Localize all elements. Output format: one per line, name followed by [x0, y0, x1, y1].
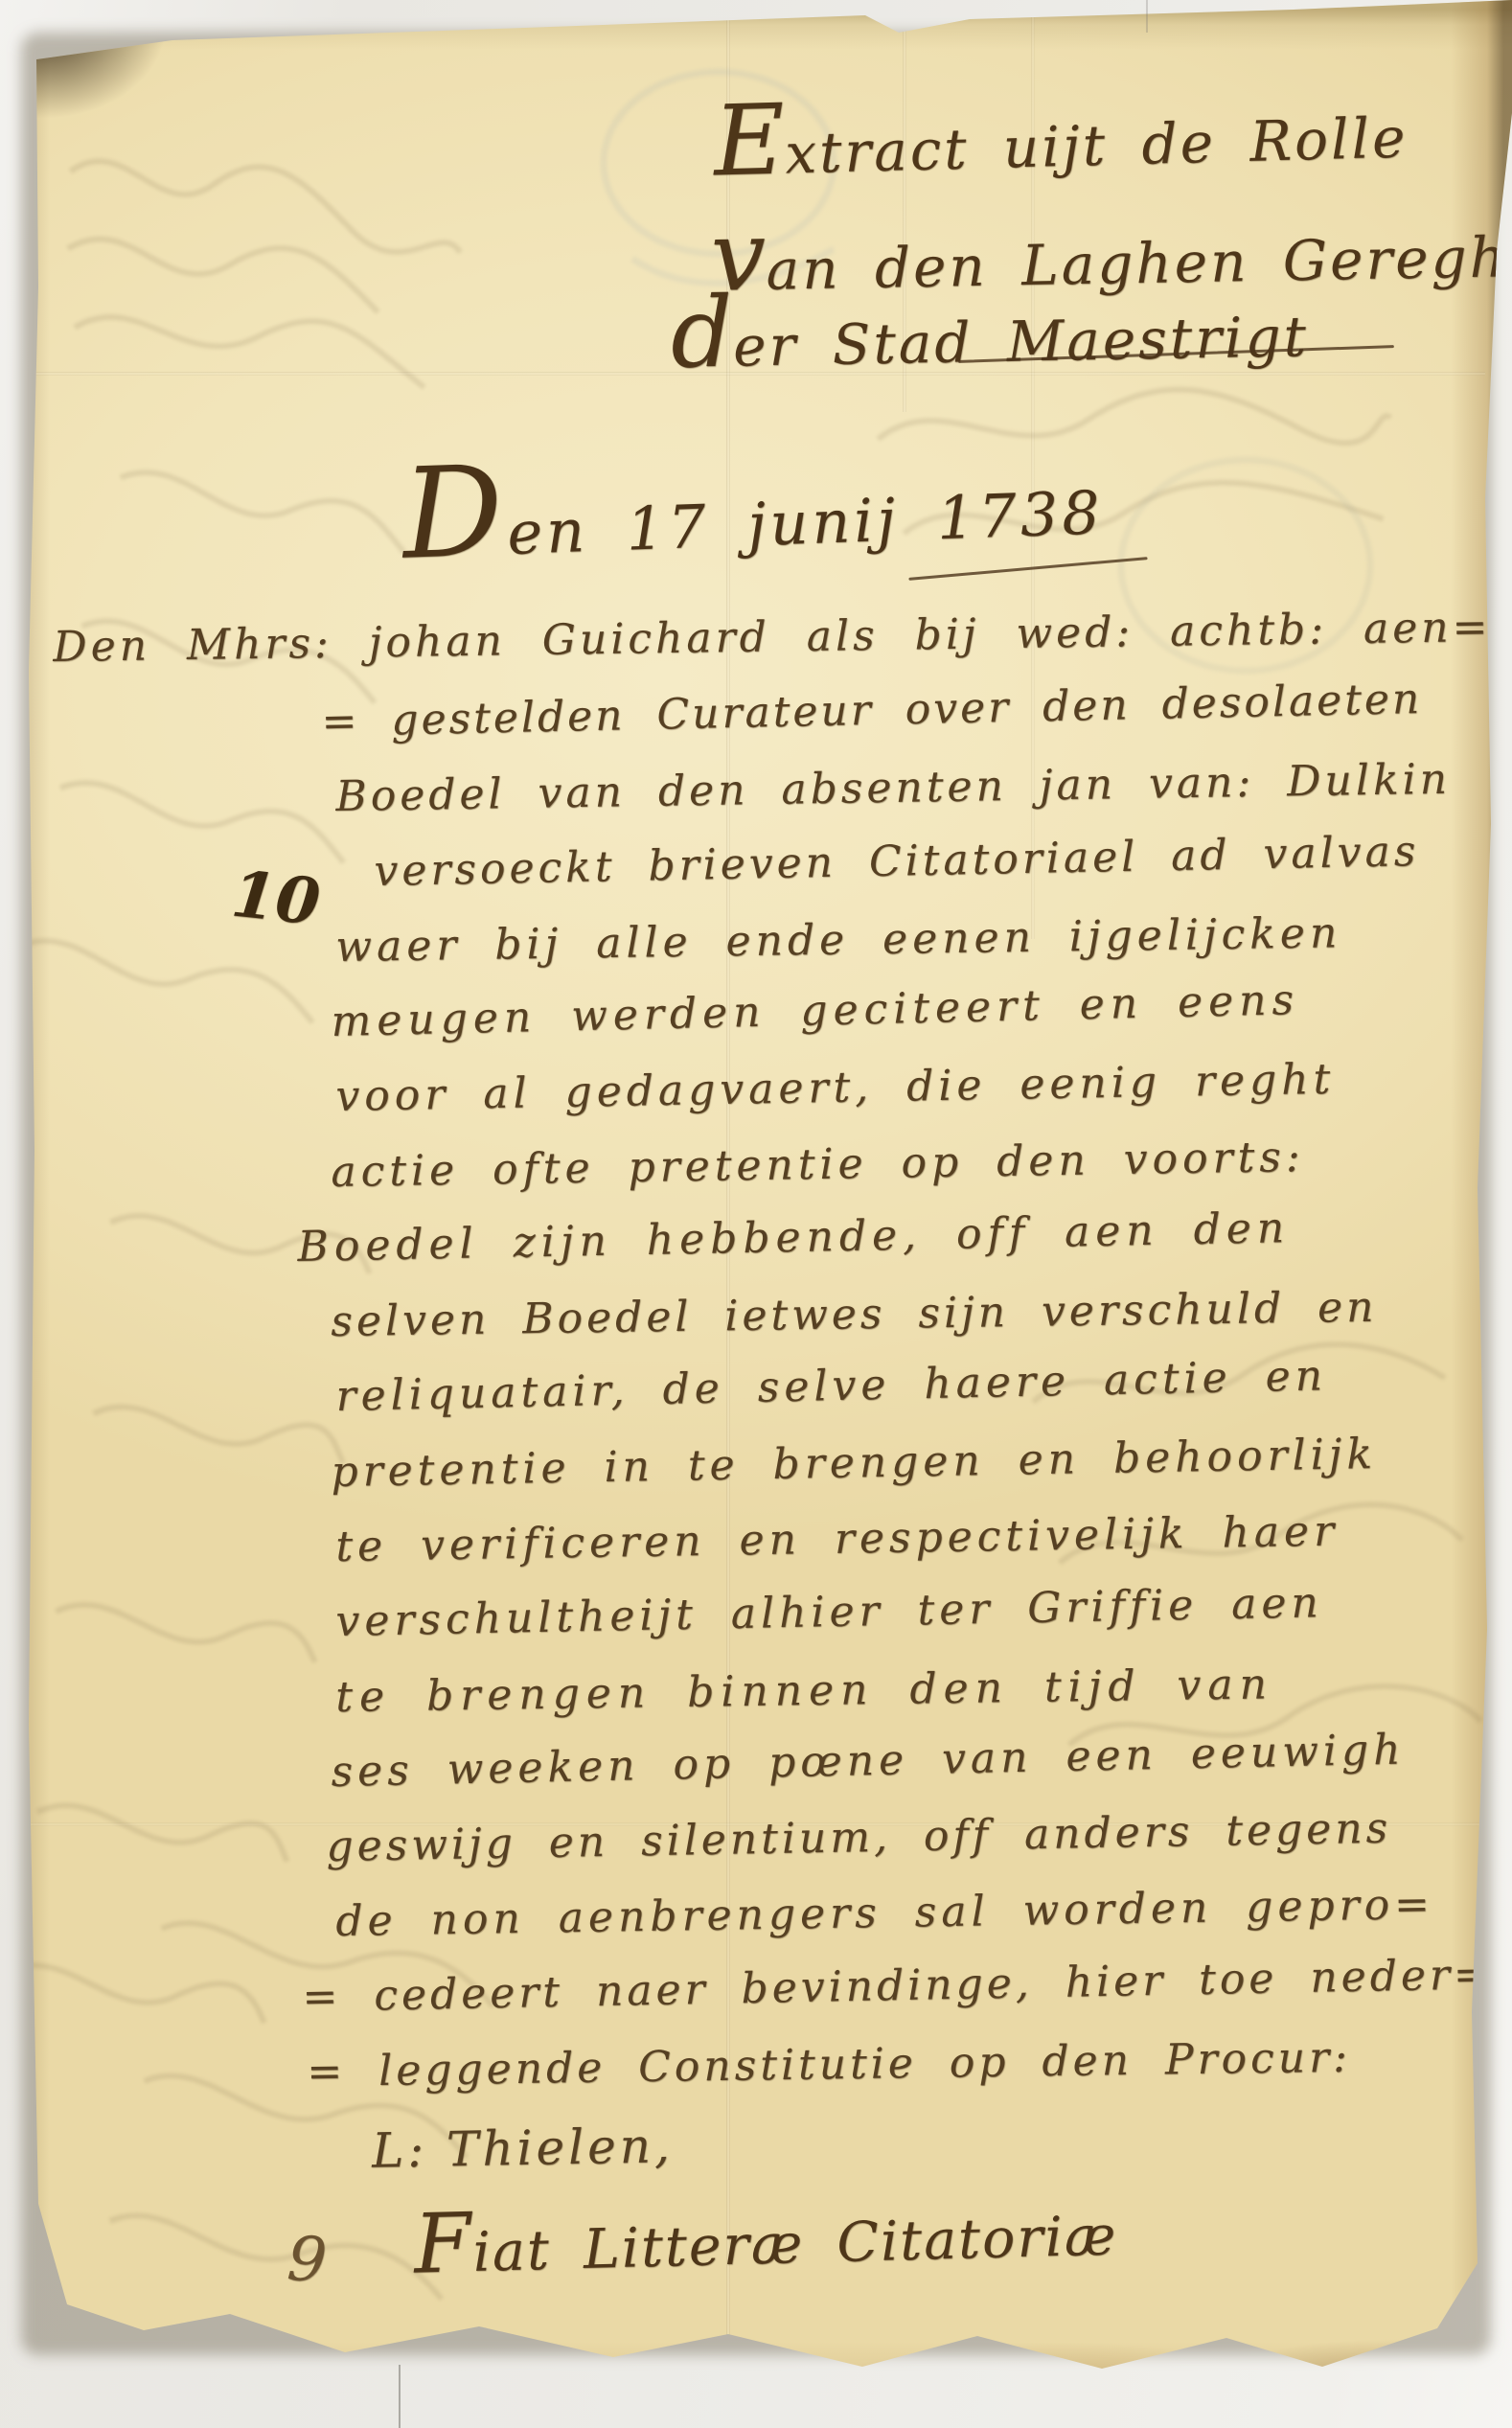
manuscript-line: ses weeken op pœne van een eeuwigh [331, 1726, 1406, 1797]
heading-line-1: Extract uijt de Rolle [713, 83, 1409, 196]
manuscript-line: reliquatair, de selve haere actie en [335, 1351, 1327, 1421]
manuscript-line: te brengen binnen den tijd van [335, 1660, 1273, 1722]
heading-line-3: der Stad Maestrigt [670, 282, 1309, 388]
manuscript-line: waer bij alle ende eenen ijgelijcken [335, 908, 1342, 972]
manuscript-line: verschultheijt alhier ter Griffie aen [335, 1578, 1323, 1646]
decree-line: Fiat Litteræ Citatoriæ [413, 2179, 1118, 2292]
manuscript-line: actie ofte pretentie op den voorts: [331, 1133, 1305, 1197]
manuscript-line: = gestelden Curateur over den desolaeten [321, 675, 1423, 746]
scanner-background-strip [0, 2367, 1512, 2428]
manuscript-line: = cedeert naer bevindinge, hier toe nede… [302, 1950, 1493, 2022]
manuscript-line: de non aenbrengers sal worden gepro= [335, 1880, 1434, 1946]
scan-artifact-line [1146, 0, 1148, 33]
manuscript-line: meugen werden geciteert en eens [331, 975, 1300, 1046]
scan-artifact-line [399, 2365, 401, 2428]
manuscript-line: pretentie in te brengen en behoorlijk [331, 1430, 1377, 1497]
manuscript-line: te verificeren en respectivelijk haer [335, 1507, 1339, 1571]
manuscript-line: selven Boedel ietwes sijn verschuld en [331, 1283, 1378, 1346]
manuscript-line: = leggende Constitutie op den Procur: [307, 2033, 1351, 2096]
signature: L: Thielen, [372, 2118, 675, 2178]
manuscript-line: Boedel van den absenten jan van: Dulkin [335, 755, 1451, 821]
manuscript-sheet: Extract uijt de Rolle van den Laghen Ger… [0, 0, 1512, 2428]
dateline: Den 17 junij 1738 [401, 417, 1106, 586]
manuscript-line: versoeckt brieven Citatoriael ad valvas [374, 827, 1420, 896]
manuscript-line: Boedel zijn hebbende, off aen den [297, 1203, 1291, 1271]
ink-bleedthrough [30, 103, 479, 433]
margin-number-bottom: 9 [285, 2224, 329, 2298]
document-scan: Extract uijt de Rolle van den Laghen Ger… [0, 0, 1512, 2428]
manuscript-line: voor al gedagvaert, die eenig reght [335, 1055, 1336, 1121]
margin-number-top: 10 [228, 856, 324, 939]
manuscript-line: geswijg en silentium, off anders tegens [326, 1804, 1392, 1871]
manuscript-line: Den Mhrs: johan Guichard als bij wed: ac… [53, 603, 1492, 672]
ink-bleedthrough [0, 1163, 384, 2057]
